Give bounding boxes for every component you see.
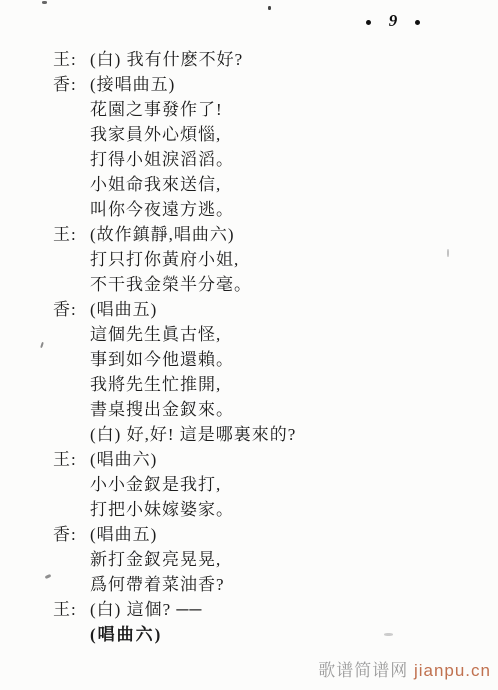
script-line: 王:(故作鎮靜,唱曲六) (0, 222, 498, 247)
page-marker-left-dot-icon (366, 20, 371, 25)
script-line: 香:(唱曲五) (0, 522, 498, 547)
script-line: (白) 好,好! 這是哪裏來的? (0, 422, 498, 447)
scan-artifact (268, 6, 271, 10)
line-text: 書桌搜出金釵來。 (90, 400, 234, 419)
script-line: 打把小妹嫁婆家。 (0, 497, 498, 522)
watermark: 歌谱简谱网 jianpu.cn (318, 656, 491, 681)
speaker-label: 香: (53, 522, 90, 547)
page-marker-right-dot-icon (415, 20, 420, 25)
line-text: 小小金釵是我打, (90, 475, 221, 494)
script-line: 事到如今他還賴。 (0, 347, 498, 372)
page-number: 9 (389, 12, 398, 30)
script-line: 這個先生眞古怪, (0, 322, 498, 347)
line-text: 打把小妹嫁婆家。 (90, 500, 234, 519)
script-line: 新打金釵亮晃晃, (0, 547, 498, 572)
page-number-marker: 9 (366, 12, 420, 30)
line-text: 事到如今他還賴。 (90, 350, 234, 369)
line-text: 不干我金榮半分毫。 (90, 275, 252, 294)
script-line: 我家員外心煩惱, (0, 122, 498, 147)
speaker-label: 王: (53, 222, 90, 247)
line-text: (故作鎮靜,唱曲六) (90, 225, 235, 244)
line-text: 這個先生眞古怪, (90, 325, 221, 344)
line-text: (白) 我有什麽不好? (90, 50, 243, 69)
line-text: 我家員外心煩惱, (90, 125, 221, 144)
speaker-label: 香: (53, 297, 90, 322)
script-line: 打只打你黃府小姐, (0, 247, 498, 272)
script-line: 香:(接唱曲五) (0, 72, 498, 97)
script-line: 不干我金榮半分毫。 (0, 272, 498, 297)
script-line: 香:(唱曲五) (0, 297, 498, 322)
script-text-block: 王:(白) 我有什麽不好? 香:(接唱曲五) 花園之事發作了! 我家員外心煩惱,… (0, 47, 498, 647)
line-text: 爲何帶着菜油香? (90, 575, 225, 594)
line-text: 我將先生忙推開, (90, 375, 221, 394)
script-line: 爲何帶着菜油香? (0, 572, 498, 597)
scan-artifact (384, 633, 393, 636)
script-line: 王:(白) 我有什麽不好? (0, 47, 498, 72)
line-text: 叫你今夜遠方逃。 (90, 200, 234, 219)
line-text: (白) 這個? ── (90, 600, 202, 619)
line-text: (唱曲五) (90, 525, 157, 544)
script-line: 王:(白) 這個? ── (0, 597, 498, 622)
line-text: 花園之事發作了! (90, 100, 223, 119)
speaker-label: 王: (53, 447, 90, 472)
scan-artifact (42, 1, 47, 4)
line-text: 新打金釵亮晃晃, (90, 550, 221, 569)
line-text: (白) 好,好! 這是哪裏來的? (90, 425, 296, 444)
watermark-site-name: 歌谱简谱网 (318, 661, 408, 680)
line-text: (接唱曲五) (90, 75, 175, 94)
line-text: (唱曲六) (90, 625, 162, 644)
line-text: 小姐命我來送信, (90, 175, 221, 194)
script-line: 叫你今夜遠方逃。 (0, 197, 498, 222)
script-line: 小小金釵是我打, (0, 472, 498, 497)
speaker-label: 王: (53, 597, 90, 622)
line-text: (唱曲五) (90, 300, 157, 319)
script-line: 打得小姐淚滔滔。 (0, 147, 498, 172)
line-text: (唱曲六) (90, 450, 157, 469)
speaker-label: 香: (53, 72, 90, 97)
line-text: 打得小姐淚滔滔。 (90, 150, 234, 169)
script-line: 花園之事發作了! (0, 97, 498, 122)
watermark-site-domain: jianpu.cn (414, 661, 491, 680)
scan-artifact (447, 249, 449, 257)
script-line: 我將先生忙推開, (0, 372, 498, 397)
script-line: 書桌搜出金釵來。 (0, 397, 498, 422)
speaker-label: 王: (53, 47, 90, 72)
script-line: 王:(唱曲六) (0, 447, 498, 472)
script-line: 小姐命我來送信, (0, 172, 498, 197)
script-line: (唱曲六) (0, 622, 498, 647)
line-text: 打只打你黃府小姐, (90, 250, 239, 269)
